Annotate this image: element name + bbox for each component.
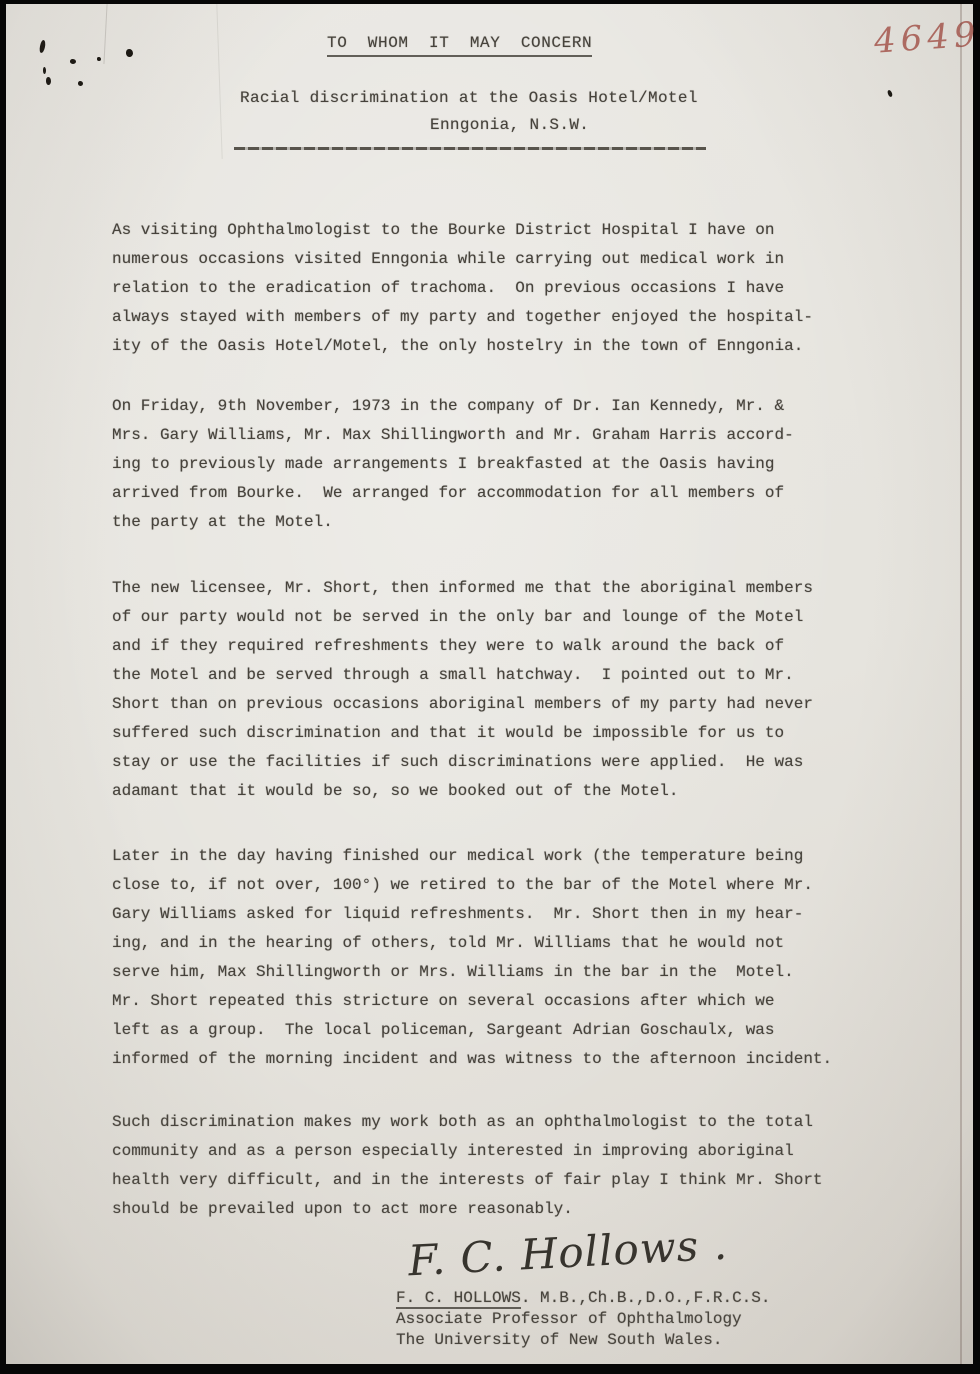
- ink-speck: [39, 40, 47, 54]
- signatory-credentials: . M.B.,Ch.B.,D.O.,F.R.C.S.: [521, 1289, 771, 1307]
- paragraph-3: The new licensee, Mr. Short, then inform…: [112, 574, 902, 806]
- archival-number-handwritten: 4649: [873, 14, 980, 61]
- paragraph-5: Such discrimination makes my work both a…: [112, 1108, 902, 1224]
- ink-speck: [97, 57, 101, 61]
- signature-block: F. C. HOLLOWS. M.B.,Ch.B.,D.O.,F.R.C.S. …: [396, 1288, 770, 1351]
- paragraph-1: As visiting Ophthalmologist to the Bourk…: [112, 216, 902, 361]
- ink-speck: [70, 59, 76, 64]
- ink-speck: [46, 77, 51, 85]
- paragraph-4: Later in the day having finished our med…: [112, 842, 902, 1074]
- letter-page: TO WHOM IT MAY CONCERN 4649 Racial discr…: [6, 4, 973, 1364]
- ink-speck: [78, 81, 83, 86]
- signatory-role: Associate Professor of Ophthalmology: [396, 1310, 742, 1328]
- letter-subject-line1: Racial discrimination at the Oasis Hotel…: [240, 89, 698, 107]
- scanned-letter: TO WHOM IT MAY CONCERN 4649 Racial discr…: [0, 0, 980, 1374]
- paper-crease: [103, 4, 107, 64]
- ink-speck: [126, 49, 133, 57]
- ink-speck: [887, 90, 893, 98]
- letter-subject-line2: Enngonia, N.S.W.: [430, 116, 589, 134]
- ink-speck: [43, 67, 46, 74]
- subject-underline-rule: [234, 147, 706, 150]
- paragraph-2: On Friday, 9th November, 1973 in the com…: [112, 392, 902, 537]
- paper-crease: [216, 4, 222, 159]
- page-edge-shadow: [960, 4, 962, 1364]
- signatory-name: F. C. HOLLOWS: [396, 1289, 521, 1309]
- signatory-institution: The University of New South Wales.: [396, 1331, 722, 1349]
- handwritten-signature: F. C. Hollows .: [407, 1220, 729, 1286]
- letter-heading: TO WHOM IT MAY CONCERN: [327, 34, 592, 57]
